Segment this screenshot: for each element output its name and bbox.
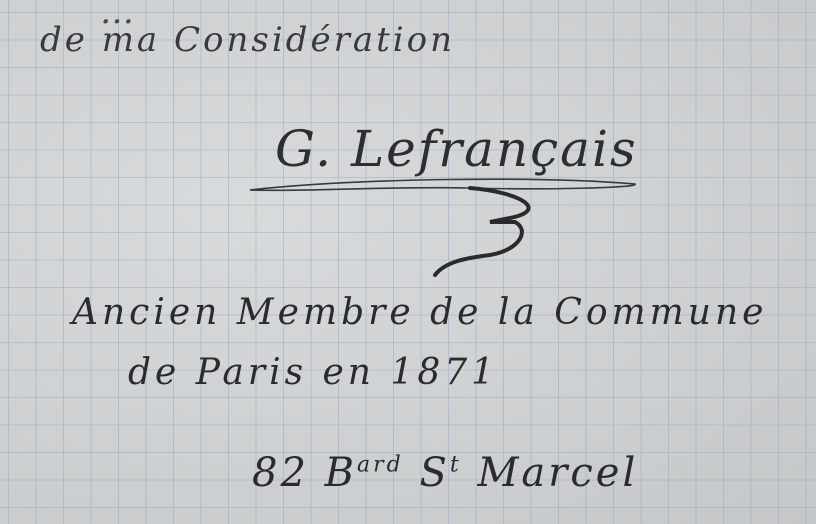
address-saint: S	[419, 450, 449, 496]
signature-flourish-icon	[240, 170, 660, 280]
address-street-abbrev: B	[325, 450, 357, 496]
title-line-1: Ancien Membre de la Commune	[72, 292, 767, 333]
previous-line-fragment: …	[100, 0, 137, 32]
title-line-2: de Paris en 1871	[128, 352, 498, 393]
closing-line: … de ma Considération	[40, 20, 455, 60]
address-line: 82 Bard St Marcel	[252, 450, 638, 496]
address-saint-sup: t	[450, 453, 462, 478]
address-number: 82	[252, 450, 309, 496]
address-name: Marcel	[477, 450, 638, 496]
address-street-sup: ard	[357, 453, 404, 478]
